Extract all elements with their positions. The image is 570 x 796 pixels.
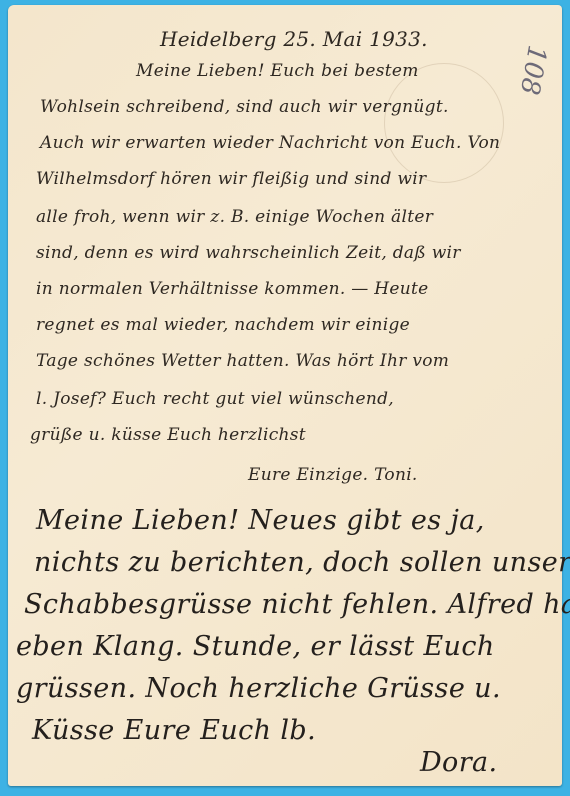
letter-line: regnet es mal wieder, nachdem wir einige — [36, 315, 410, 335]
letter-line: Wohlsein schreibend, sind auch wir vergn… — [40, 97, 449, 117]
letter-line: Wilhelmsdorf hören wir fleißig und sind … — [36, 169, 426, 189]
letter-line: Tage schönes Wetter hatten. Was hört Ihr… — [36, 351, 449, 371]
letter-line: Auch wir erwarten wieder Nachricht von E… — [40, 133, 500, 153]
letter-line: alle froh, wenn wir z. B. einige Wochen … — [36, 207, 433, 227]
letter-signature: Dora. — [420, 747, 498, 778]
letter-line: l. Josef? Euch recht gut viel wünschend, — [36, 389, 394, 409]
postcard: 108 Heidelberg 25. Mai 1933. Meine Liebe… — [8, 5, 562, 786]
faint-postmark-circle — [384, 63, 504, 183]
letter-line: Schabbesgrüsse nicht fehlen. Alfred hat — [24, 589, 570, 620]
letter-line: nichts zu berichten, doch sollen unsere — [34, 547, 570, 578]
letter-line: eben Klang. Stunde, er lässt Euch — [16, 631, 495, 662]
letter-line: Küsse Eure Euch lb. — [32, 715, 316, 746]
letter-line: Meine Lieben! Euch bei bestem — [136, 61, 419, 81]
archive-number-note: 108 — [514, 43, 552, 97]
letter-line: grüße u. küsse Euch herzlichst — [30, 425, 306, 445]
letter-line: sind, denn es wird wahrscheinlich Zeit, … — [36, 243, 461, 263]
letter-heading-place-date: Heidelberg 25. Mai 1933. — [160, 27, 428, 51]
letter-line: in normalen Verhältnisse kommen. — Heute — [36, 279, 428, 299]
letter-closing-signature: Eure Einzige. Toni. — [248, 465, 418, 485]
letter-line: Meine Lieben! Neues gibt es ja, — [36, 505, 485, 536]
letter-line: grüssen. Noch herzliche Grüsse u. — [16, 673, 501, 704]
